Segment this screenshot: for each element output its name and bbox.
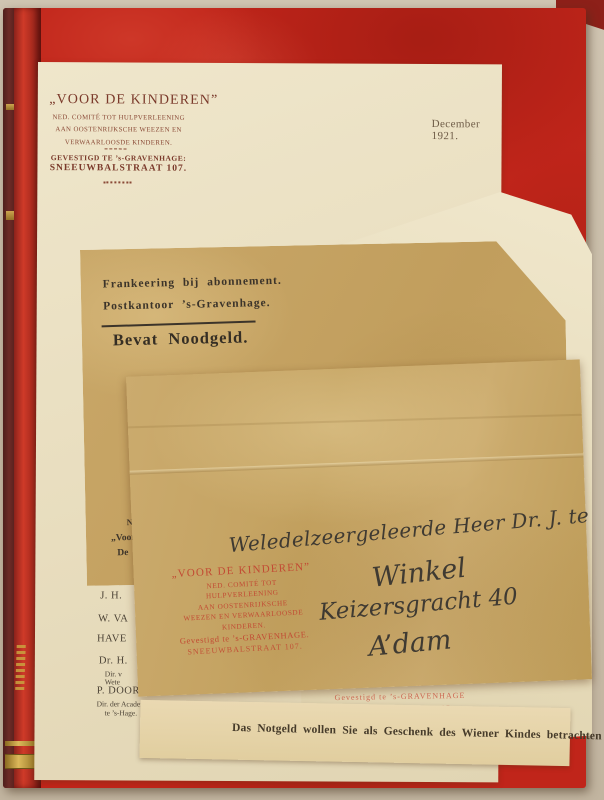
signatory-fragment: W. VA <box>98 613 128 624</box>
contents-notice: Bevat Noodgeld. <box>113 327 249 350</box>
handwritten-address-line: Keizersgracht 40 <box>318 584 518 626</box>
spine-gold-tick <box>6 104 14 110</box>
handwritten-address-line: Winkel <box>370 553 467 594</box>
book-spine-edge <box>3 8 14 788</box>
committee-stamp: „VOOR DE KINDEREN” NED. COMITÉ TOT HULPV… <box>155 560 331 659</box>
handwritten-address-line: A’dam <box>367 624 453 662</box>
letterhead-subtitle-line: AAN OOSTENRIJKSCHE WEEZEN EN <box>44 124 194 137</box>
notgeld-slip: Das Notgeld wollen Sie als Geschenk des … <box>139 700 570 766</box>
franking-rule <box>102 321 256 328</box>
letterhead-divider <box>103 181 131 183</box>
spine-gold-tick <box>6 211 14 220</box>
letterhead-seat-line: GEVESTIGD TE ’s-GRAVENHAGE: <box>43 153 193 163</box>
handwritten-address-line: Weledelzeergeleerde Heer Dr. J. te <box>228 503 590 557</box>
spine-gold-band <box>5 754 35 769</box>
letter-date: December 1921. <box>432 118 502 142</box>
franking-line: Postkantoor ’s-Gravenhage. <box>103 297 271 313</box>
signatory-fragment: te ’s-Hage. <box>105 708 138 717</box>
spine-gilt-marking <box>15 644 26 690</box>
letterhead-subtitle-line: NED. COMITÉ TOT HULPVERLEENING <box>44 112 194 125</box>
spine-gold-band <box>5 741 35 746</box>
letterhead-title: „VOOR DE KINDEREN” <box>46 92 222 109</box>
signatory-fragment: J. H. <box>100 590 122 601</box>
notgeld-slip-text: Das Notgeld wollen Sie als Geschenk des … <box>232 722 602 742</box>
envelope-flap-crease <box>130 453 584 474</box>
front-envelope: „VOOR DE KINDEREN” NED. COMITÉ TOT HULPV… <box>126 359 592 696</box>
franking-line: Frankeering bij abonnement. <box>103 275 282 291</box>
letterhead-subtitle: NED. COMITÉ TOT HULPVERLEENING AAN OOSTE… <box>44 112 194 150</box>
signatory-fragment: HAVE <box>97 633 127 644</box>
partial-print-fragment: De <box>117 548 128 558</box>
letterhead-street-line: SNEEUWBALSTRAAT 107. <box>43 163 193 174</box>
photo-background: „VOOR DE KINDEREN” NED. COMITÉ TOT HULPV… <box>0 0 604 800</box>
envelope-crease <box>128 414 582 429</box>
signatory-fragment: Dr. H. <box>99 655 128 666</box>
signatory-fragment: Dir. der Acaden <box>97 699 144 708</box>
letterhead-divider <box>105 148 127 149</box>
